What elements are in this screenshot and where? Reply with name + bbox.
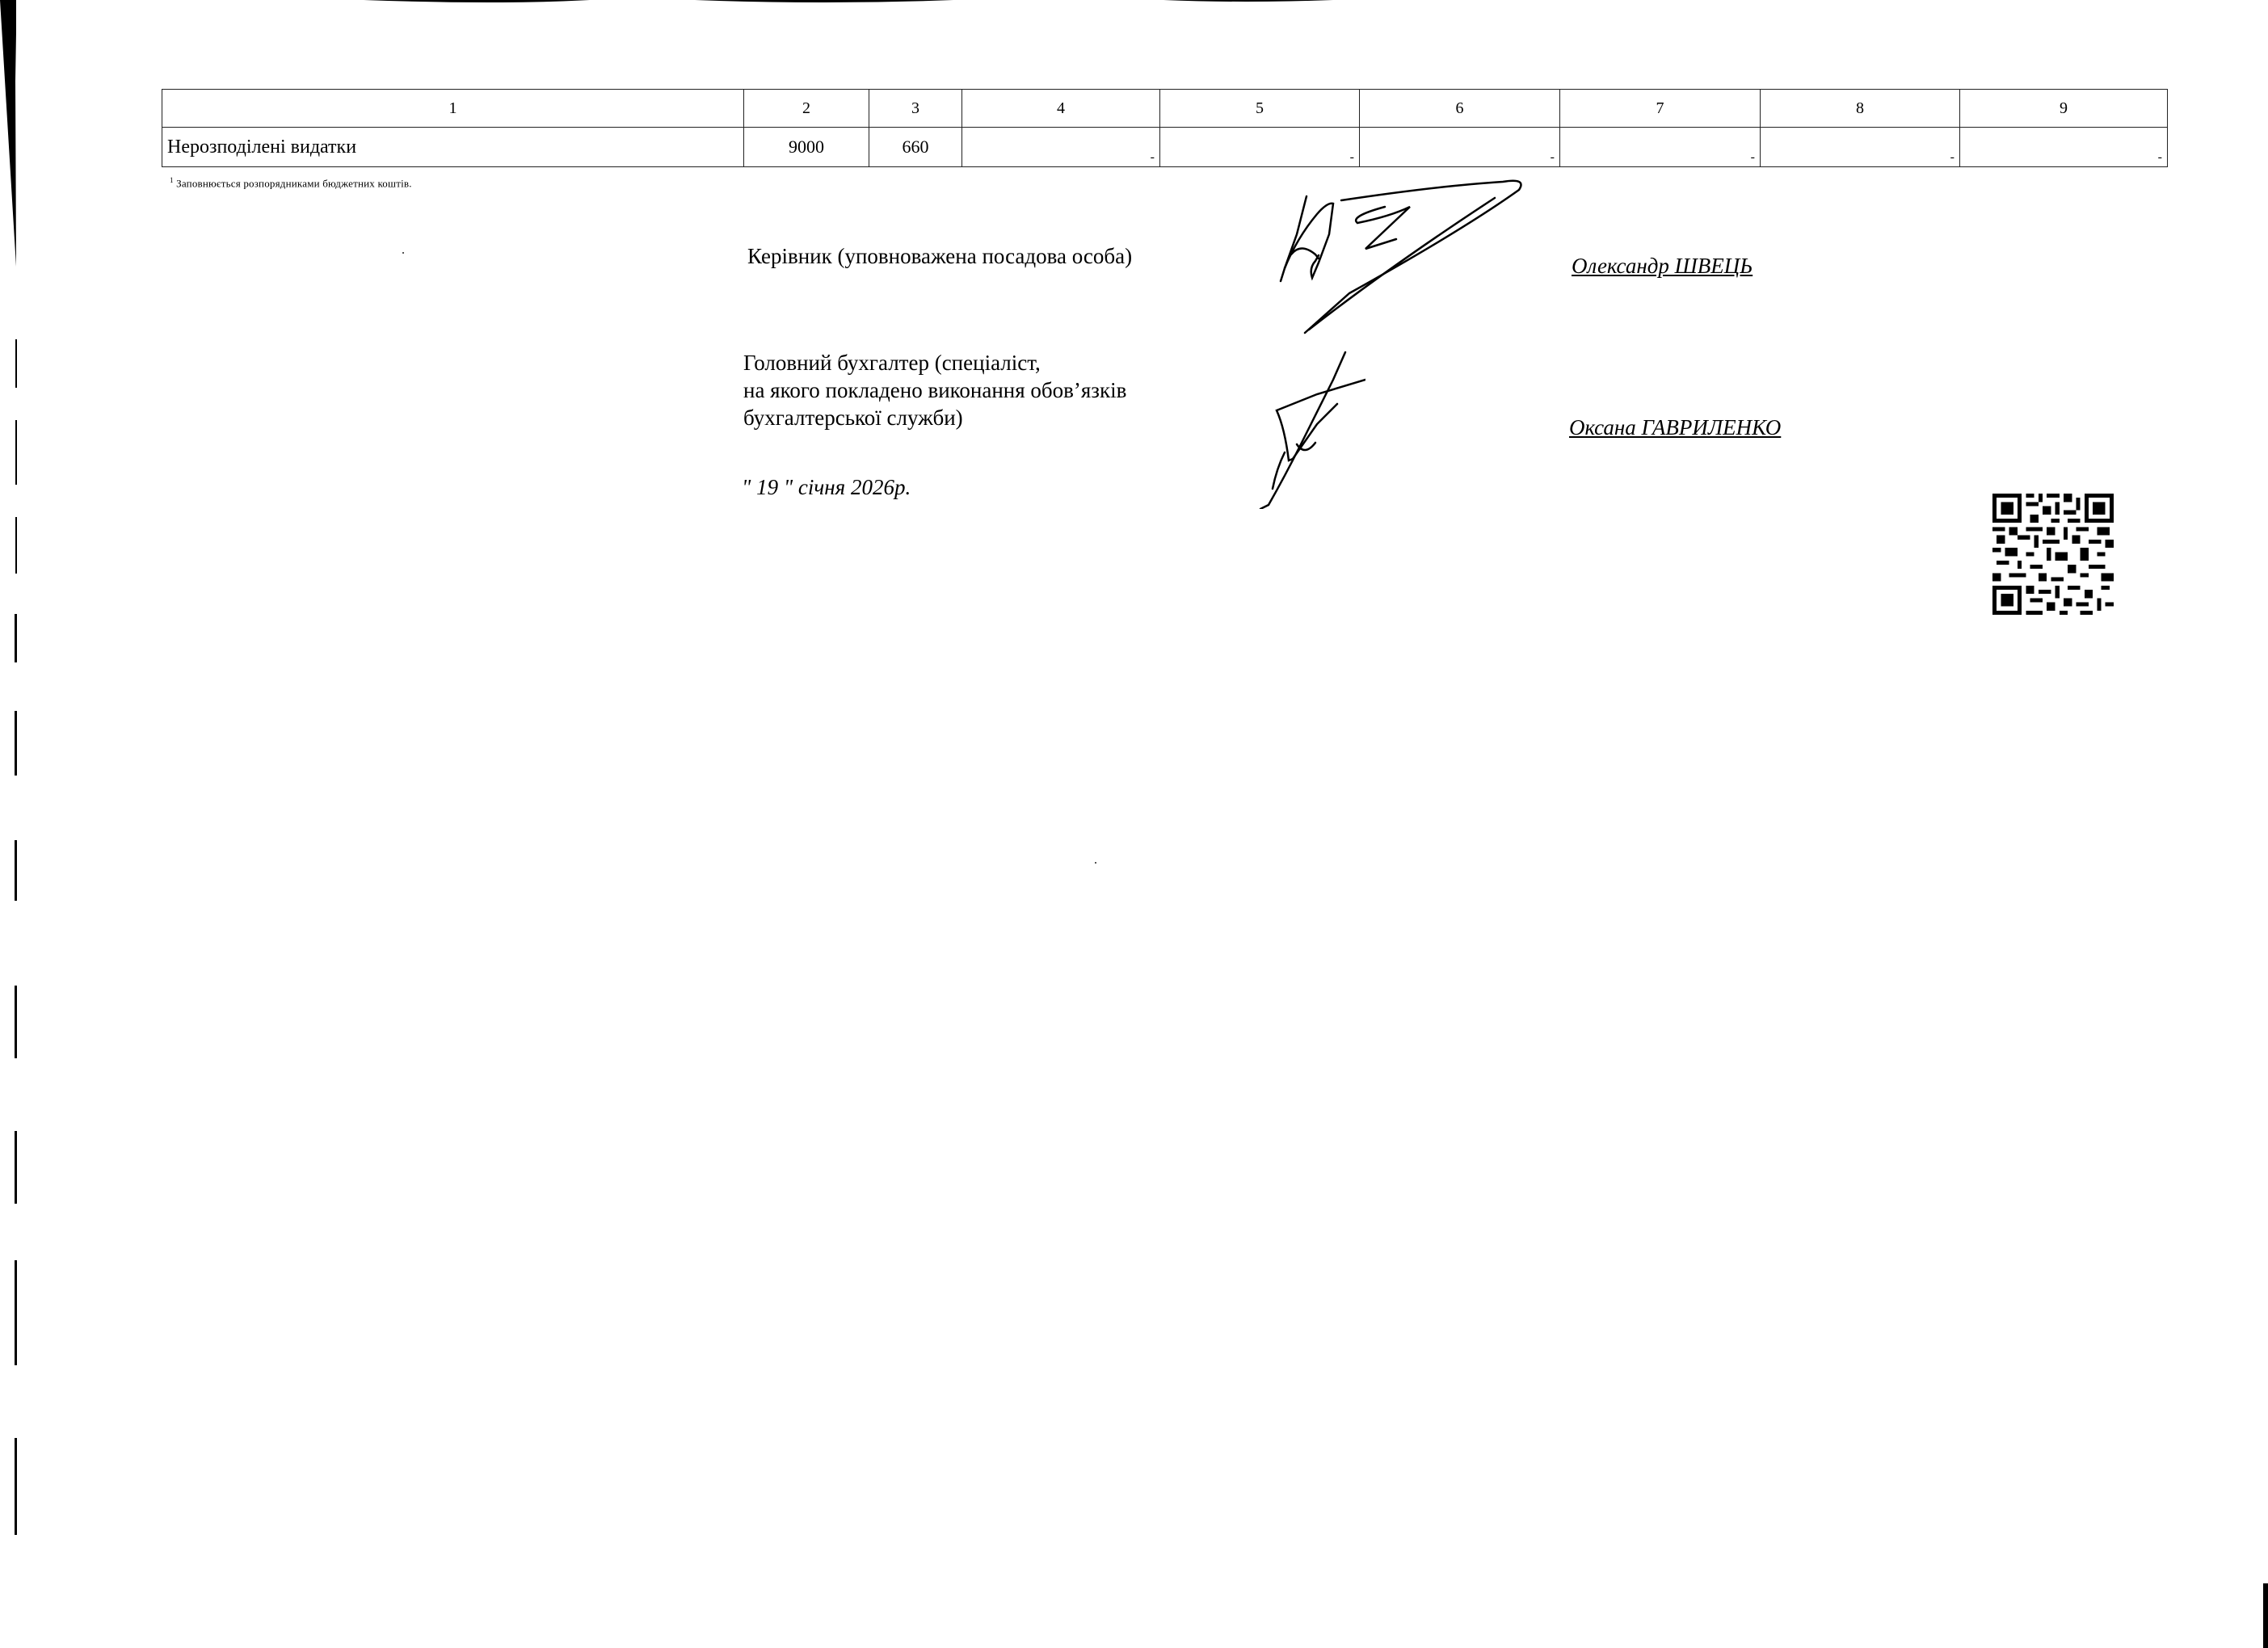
scan-edge-artifact — [0, 0, 2268, 5]
head-name: Олександр ШВЕЦЬ — [1572, 254, 1753, 279]
footnote-marker: 1 — [170, 176, 174, 184]
table-header-row: 1 2 3 4 5 6 7 8 9 — [162, 90, 2168, 128]
signing-date: " 19 " січня 2026р. — [742, 475, 911, 500]
handwritten-signature-icon — [1260, 178, 1567, 364]
column-number: 6 — [1360, 90, 1560, 128]
scan-speck — [1095, 862, 1096, 864]
budget-table: 1 2 3 4 5 6 7 8 9 Нерозподілені видатки … — [162, 89, 2168, 167]
column-number: 3 — [869, 90, 962, 128]
cell-value: - — [1160, 128, 1360, 167]
accountant-role-line: Головний бухгалтер (спеціаліст, — [743, 349, 1126, 376]
cell-value: - — [1960, 128, 2168, 167]
accountant-role-label: Головний бухгалтер (спеціаліст, на якого… — [743, 349, 1126, 431]
head-role-label: Керівник (уповноважена посадова особа) — [747, 242, 1132, 270]
accountant-role-line: бухгалтерської служби) — [743, 404, 1126, 431]
column-number: 1 — [162, 90, 744, 128]
footnote: 1 Заповнюється розпорядниками бюджетних … — [170, 176, 412, 190]
accountant-name: Оксана ГАВРИЛЕНКО — [1569, 415, 1781, 440]
cell-value: - — [1761, 128, 1960, 167]
cell-value: 9000 — [744, 128, 869, 167]
scan-edge-artifact — [0, 0, 18, 1616]
cell-value: - — [1360, 128, 1560, 167]
table-row: Нерозподілені видатки 9000 660 - - - - -… — [162, 128, 2168, 167]
accountant-role-line: на якого покладено виконання обов’язків — [743, 376, 1126, 404]
column-number: 8 — [1761, 90, 1960, 128]
column-number: 7 — [1560, 90, 1761, 128]
row-label: Нерозподілені видатки — [162, 128, 744, 167]
column-number: 4 — [962, 90, 1160, 128]
column-number: 9 — [1960, 90, 2168, 128]
qr-code-icon — [1992, 493, 2114, 616]
scan-speck — [402, 252, 404, 254]
column-number: 5 — [1160, 90, 1360, 128]
handwritten-signature-icon — [1236, 347, 1365, 509]
footnote-text: Заповнюється розпорядниками бюджетних ко… — [176, 177, 412, 189]
cell-value: - — [962, 128, 1160, 167]
cell-value: 660 — [869, 128, 962, 167]
scan-edge-artifact — [2263, 1583, 2268, 1648]
cell-value: - — [1560, 128, 1761, 167]
column-number: 2 — [744, 90, 869, 128]
